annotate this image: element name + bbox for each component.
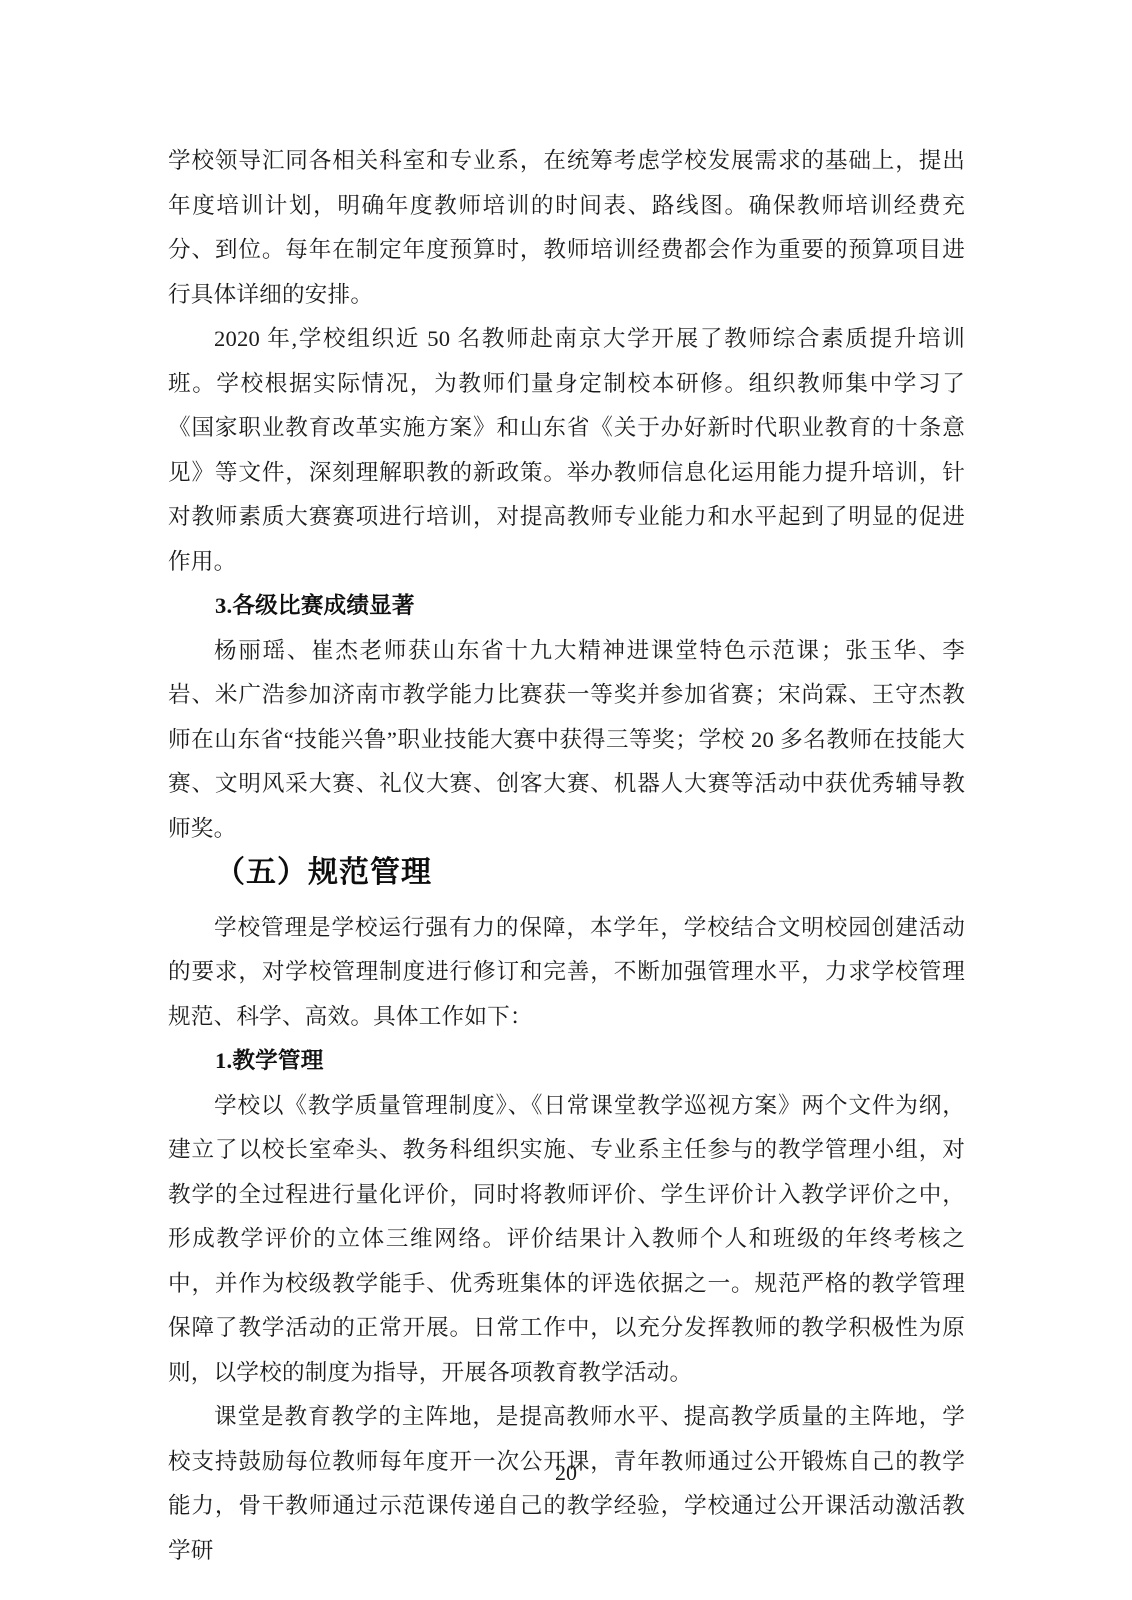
- paragraph-awards: 杨丽瑶、崔杰老师获山东省十九大精神进课堂特色示范课；张玉华、李岩、米广浩参加济南…: [168, 629, 965, 852]
- sub-heading-teaching-management: 1.教学管理: [168, 1039, 965, 1084]
- paragraph-teaching-evaluation: 学校以《教学质量管理制度》、《日常课堂教学巡视方案》两个文件为纲，建立了以校长室…: [168, 1084, 965, 1396]
- paragraph-training-budget: 学校领导汇同各相关科室和专业系，在统筹考虑学校发展需求的基础上，提出年度培训计划…: [168, 139, 965, 317]
- sub-heading-competition-results: 3.各级比赛成绩显著: [168, 584, 965, 629]
- paragraph-2020-training: 2020 年,学校组织近 50 名教师赴南京大学开展了教师综合素质提升培训班。学…: [168, 317, 965, 584]
- document-body: 学校领导汇同各相关科室和专业系，在统筹考虑学校发展需求的基础上，提出年度培训计划…: [168, 139, 965, 1573]
- section-heading-standard-management: （五）规范管理: [168, 851, 965, 896]
- document-page: 学校领导汇同各相关科室和专业系，在统筹考虑学校发展需求的基础上，提出年度培训计划…: [0, 0, 1132, 1600]
- page-number: 20: [0, 1458, 1132, 1488]
- paragraph-management-overview: 学校管理是学校运行强有力的保障，本学年，学校结合文明校园创建活动的要求，对学校管…: [168, 906, 965, 1040]
